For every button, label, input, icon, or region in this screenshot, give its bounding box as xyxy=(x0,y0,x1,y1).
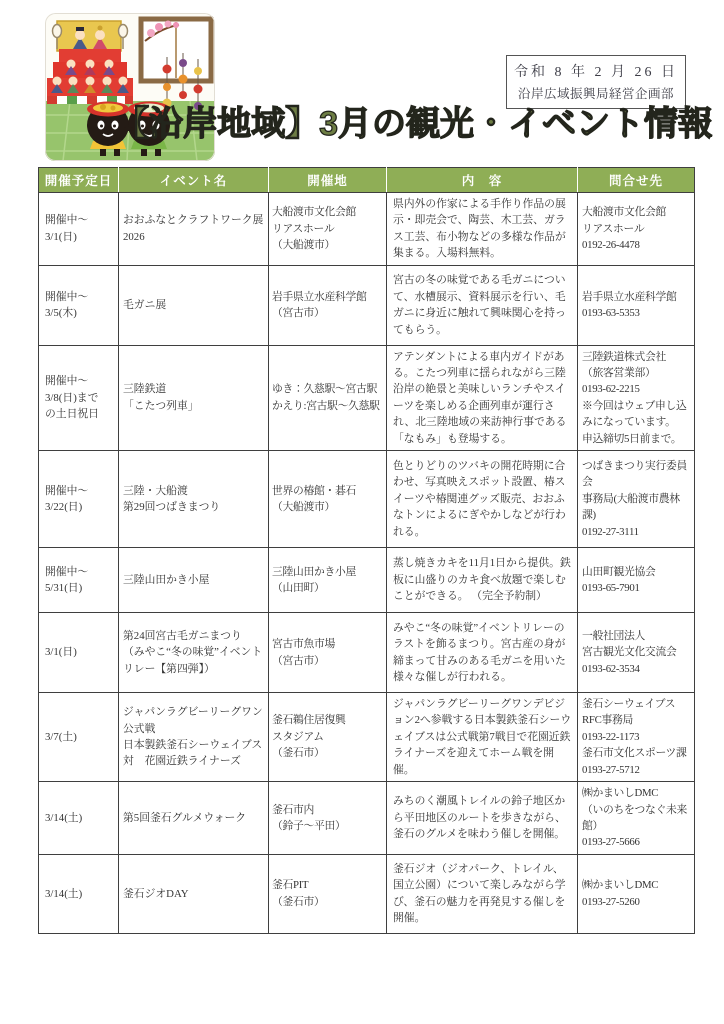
cell-date: 3/14(土) xyxy=(39,782,119,855)
cell-place: 釜石PIT （釜石市） xyxy=(269,854,387,933)
cell-contact: ㈱かまいしDMC 0193-27-5260 xyxy=(578,854,695,933)
cell-date: 開催中～ 3/8(日)まで の土日祝日 xyxy=(39,345,119,450)
col-content: 内 容 xyxy=(387,168,578,193)
table-row: 開催中～ 3/1(日)おおふなとクラフトワーク展 2026大船渡市文化会館 リア… xyxy=(39,193,695,266)
cell-contact: ㈱かまいしDMC （いのちをつなぐ未来館） 0193-27-5666 xyxy=(578,782,695,855)
cell-description: 釜石ジオ（ジオパーク、トレイル、国立公園）について楽しみながら学び、釜石の魅力を… xyxy=(387,854,578,933)
col-place: 開催地 xyxy=(269,168,387,193)
col-event: イベント名 xyxy=(119,168,269,193)
cell-date: 開催中～ 3/1(日) xyxy=(39,193,119,266)
cell-description: みやこ“冬の味覚”イベントリレーのラストを飾るまつり。宮古産の身が締まって甘みの… xyxy=(387,613,578,693)
table-row: 開催中～ 3/5(木)毛ガニ展岩手県立水産科学館 （宮古市）宮古の冬の味覚である… xyxy=(39,265,695,345)
cell-date: 3/1(日) xyxy=(39,613,119,693)
col-date: 開催予定日 xyxy=(39,168,119,193)
cell-place: 釜石市内 （鈴子～平田） xyxy=(269,782,387,855)
cell-place: 宮古市魚市場 （宮古市） xyxy=(269,613,387,693)
cell-description: 宮古の冬の味覚である毛ガニについて、水槽展示、資料展示を行い、毛ガニに身近に触れ… xyxy=(387,265,578,345)
table-row: 3/7(土)ジャパンラグビーリーグワン 公式戦 日本製鉄釜石シーウェイブス 対 … xyxy=(39,693,695,782)
cell-contact: 山田町観光協会 0193-65-7901 xyxy=(578,548,695,613)
table-row: 3/14(土)第5回釜石グルメウォーク釜石市内 （鈴子～平田）みちのく潮風トレイ… xyxy=(39,782,695,855)
cell-event-name: 毛ガニ展 xyxy=(119,265,269,345)
cell-date: 3/7(土) xyxy=(39,693,119,782)
table-row: 3/1(日)第24回宮古毛ガニまつり （みやこ“冬の味覚”イベントリレー【第四弾… xyxy=(39,613,695,693)
cell-place: 三陸山田かき小屋 （山田町） xyxy=(269,548,387,613)
cell-event-name: ジャパンラグビーリーグワン 公式戦 日本製鉄釜石シーウェイブス 対 花園近鉄ライ… xyxy=(119,693,269,782)
cell-description: ジャパンラグビーリーグワンデビジョン2へ参戦する日本製鉄釜石シーウェイブスは公式… xyxy=(387,693,578,782)
cell-event-name: 三陸鉄道 「こたつ列車」 xyxy=(119,345,269,450)
page-title: 【沿岸地域】3月の観光・イベント情報 xyxy=(115,96,712,145)
event-table-header: 開催予定日イベント名開催地内 容問合せ先 xyxy=(39,168,695,193)
cell-event-name: 第5回釜石グルメウォーク xyxy=(119,782,269,855)
table-row: 3/14(土)釜石ジオDAY釜石PIT （釜石市）釜石ジオ（ジオパーク、トレイル… xyxy=(39,854,695,933)
cell-description: みちのく潮風トレイルの鈴子地区から平田地区のルートを歩きながら、釜石のグルメを味… xyxy=(387,782,578,855)
page: 令和 8 年 2 月 26 日 沿岸広域振興局経営企画部 【沿岸地域】3月の観光… xyxy=(0,0,724,1024)
table-row: 開催中～ 5/31(日)三陸山田かき小屋三陸山田かき小屋 （山田町）蒸し焼きカキ… xyxy=(39,548,695,613)
cell-place: 釜石鵜住居復興 スタジアム （釜石市） xyxy=(269,693,387,782)
cell-place: ゆき：久慈駅～宮古駅 かえり:宮古駅～久慈駅 xyxy=(269,345,387,450)
cell-description: 色とりどりのツバキの開花時期に合わせ、写真映えスポット設置、椿スイーツや椿関連グ… xyxy=(387,451,578,548)
cell-contact: 大船渡市文化会館 リアスホール 0192-26-4478 xyxy=(578,193,695,266)
cell-place: 岩手県立水産科学館 （宮古市） xyxy=(269,265,387,345)
cell-event-name: おおふなとクラフトワーク展 2026 xyxy=(119,193,269,266)
cell-description: アテンダントによる車内ガイドがある。こたつ列車に揺られながら三陸沿岸の絶景と美味… xyxy=(387,345,578,450)
cell-date: 開催中～ 5/31(日) xyxy=(39,548,119,613)
cell-place: 世界の椿館・碁石 （大船渡市） xyxy=(269,451,387,548)
cell-date: 開催中～ 3/22(日) xyxy=(39,451,119,548)
cell-contact: 釜石シーウェイブス RFC事務局 0193-22-1173 釜石市文化スポーツ課… xyxy=(578,693,695,782)
cell-description: 県内外の作家による手作り作品の展示・即売会で、陶芸、木工芸、ガラス工芸、布小物な… xyxy=(387,193,578,266)
cell-contact: つばきまつり実行委員会 事務局(大船渡市農林課) 0192-27-3111 xyxy=(578,451,695,548)
table-row: 開催中～ 3/22(日)三陸・大船渡 第29回つばきまつり世界の椿館・碁石 （大… xyxy=(39,451,695,548)
cell-contact: 岩手県立水産科学館 0193-63-5353 xyxy=(578,265,695,345)
cell-place: 大船渡市文化会館 リアスホール （大船渡市） xyxy=(269,193,387,266)
cell-date: 3/14(土) xyxy=(39,854,119,933)
cell-contact: 一般社団法人 宮古観光文化交流会 0193-62-3534 xyxy=(578,613,695,693)
cell-description: 蒸し焼きカキを11月1日から提供。鉄板に山盛りのカキ食べ放題で楽しむことができる… xyxy=(387,548,578,613)
cell-event-name: 第24回宮古毛ガニまつり （みやこ“冬の味覚”イベントリレー【第四弾】） xyxy=(119,613,269,693)
issue-date: 令和 8 年 2 月 26 日 xyxy=(511,61,681,81)
col-contact: 問合せ先 xyxy=(578,168,695,193)
cell-event-name: 釜石ジオDAY xyxy=(119,854,269,933)
cell-event-name: 三陸山田かき小屋 xyxy=(119,548,269,613)
table-row: 開催中～ 3/8(日)まで の土日祝日三陸鉄道 「こたつ列車」ゆき：久慈駅～宮古… xyxy=(39,345,695,450)
cell-contact: 三陸鉄道株式会社 （旅客営業部） 0193-62-2215 ※今回はウェブ申し込… xyxy=(578,345,695,450)
cell-event-name: 三陸・大船渡 第29回つばきまつり xyxy=(119,451,269,548)
cell-date: 開催中～ 3/5(木) xyxy=(39,265,119,345)
event-table: 開催予定日イベント名開催地内 容問合せ先 開催中～ 3/1(日)おおふなとクラフ… xyxy=(38,167,695,934)
